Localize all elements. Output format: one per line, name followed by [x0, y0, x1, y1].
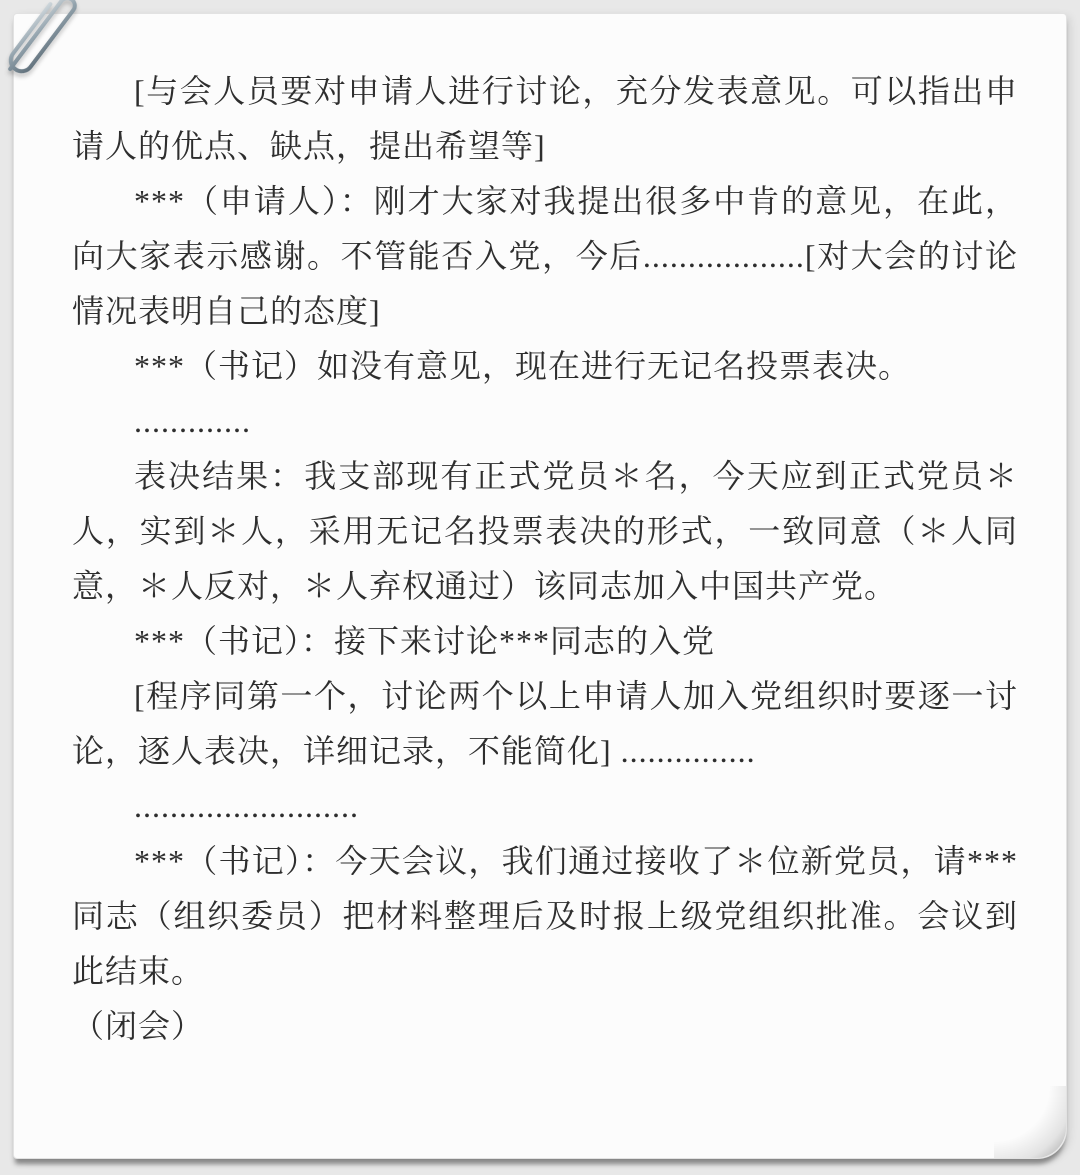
paragraph-vote-result: 表决结果：我支部现有正式党员＊名，今天应到正式党员＊人，实到＊人，采用无记名投票… — [72, 449, 1018, 614]
paragraph-closing-speech: ***（书记）：今天会议，我们通过接收了＊位新党员，请***同志（组织委员）把材… — [72, 834, 1018, 999]
paragraph-next-discussion: ***（书记）：接下来讨论***同志的入党 — [72, 614, 1018, 669]
ellipsis-line: ............. — [72, 394, 1018, 449]
page-curl-shadow — [994, 1086, 1066, 1158]
paragraph-applicant-speech: ***（申请人）：刚才大家对我提出很多中肯的意见，在此，向大家表示感谢。不管能否… — [72, 174, 1018, 339]
paragraph-secretary-vote: ***（书记）如没有意见，现在进行无记名投票表决。 — [72, 339, 1018, 394]
paragraph-discussion-note: [与会人员要对申请人进行讨论，充分发表意见。可以指出申请人的优点、缺点，提出希望… — [72, 64, 1018, 174]
page-background: [与会人员要对申请人进行讨论，充分发表意见。可以指出申请人的优点、缺点，提出希望… — [0, 0, 1080, 1175]
paper-sheet: [与会人员要对申请人进行讨论，充分发表意见。可以指出申请人的优点、缺点，提出希望… — [13, 13, 1067, 1159]
paragraph-procedure-note: [程序同第一个，讨论两个以上申请人加入党组织时要逐一讨论，逐人表决，详细记录，不… — [72, 669, 1018, 779]
paragraph-meeting-closed: （闭会） — [72, 999, 1018, 1054]
document-body: [与会人员要对申请人进行讨论，充分发表意见。可以指出申请人的优点、缺点，提出希望… — [72, 64, 1018, 1054]
ellipsis-line: ......................... — [72, 779, 1018, 834]
